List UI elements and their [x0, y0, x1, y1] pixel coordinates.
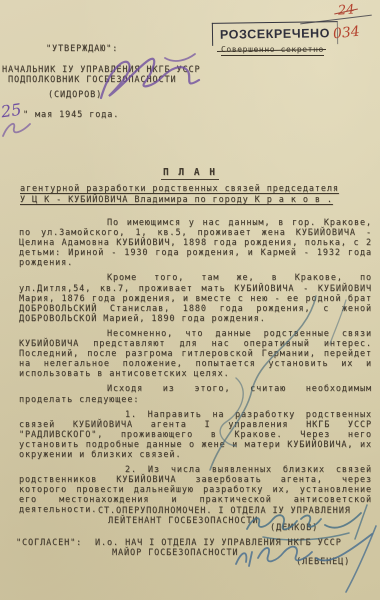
approver-title-line2: ПОДПОЛКОВНИК ГОСБЕЗОПАСНОСТИ	[8, 75, 177, 85]
date-typed: " мая 1945 года.	[23, 110, 119, 120]
officer-title-line2: ЛЕЙТЕНАНТ ГОСБЕЗОПАСНОСТИ	[108, 516, 258, 526]
officer-title-line1: СТ.ОПЕРУПОЛНОМОЧЕН. I ОТДЕЛА IУ УПРАВЛЕН…	[98, 506, 351, 516]
approver-title-line1: НАЧАЛЬНИК IУ УПРАВЛЕНИЯ НКГБ УССР	[2, 65, 201, 75]
officer-name: (ДЕМКОВ)	[270, 523, 318, 533]
paragraph-2: Кроме того, там же, в Кракове, по ул.Дит…	[19, 273, 372, 323]
paragraph-3: Несомненно, что данные родственные связи…	[19, 329, 372, 379]
title-block: П Л А Н	[0, 160, 380, 180]
agreed-label: "СОГЛАСЕН":	[16, 538, 82, 548]
document-title: П Л А Н	[161, 167, 219, 180]
crossed-out-classification: Совершенно секретно	[221, 45, 324, 56]
agreed-title-line1: И.о. НАЧ I ОТДЕЛА IУ УПРАВЛЕНИЯ НКГБ УСС…	[95, 538, 342, 548]
subtitle-line2: У Ц К - КУБИЙОВИЧА Владимира по городу К…	[20, 195, 333, 205]
agreed-name: (ЛЕВЕНЕЦ)	[296, 557, 350, 567]
handwritten-date-day: 25	[0, 100, 23, 122]
red-archive-number: 034	[332, 24, 360, 43]
agreed-title-line2: МАЙОР ГОСБЕЗОПАСНОСТИ	[112, 548, 238, 558]
document-body: По имеющимся у нас данным, в гор. Краков…	[19, 218, 372, 521]
paragraph-1: По имеющимся у нас данным, в гор. Краков…	[19, 218, 372, 268]
paragraph-4: Исходя из этого, считаю необходимым прод…	[19, 384, 372, 404]
paragraph-5: 1. Направить на разработку родственных с…	[19, 410, 372, 460]
crossed-page-number: 24	[337, 2, 355, 18]
document-scan: РОЗСЕКРЕЧЕНО Совершенно секретно 24 034 …	[0, 0, 380, 600]
approve-label: "УТВЕРЖДАЮ":	[46, 44, 118, 54]
approver-name: (СИДОРОВ)	[48, 90, 102, 100]
declassified-stamp: РОЗСЕКРЕЧЕНО	[212, 21, 338, 46]
subtitle-line1: агентурной разработки родственных связей…	[20, 184, 339, 194]
declassified-stamp-label: РОЗСЕКРЕЧЕНО	[220, 26, 330, 42]
